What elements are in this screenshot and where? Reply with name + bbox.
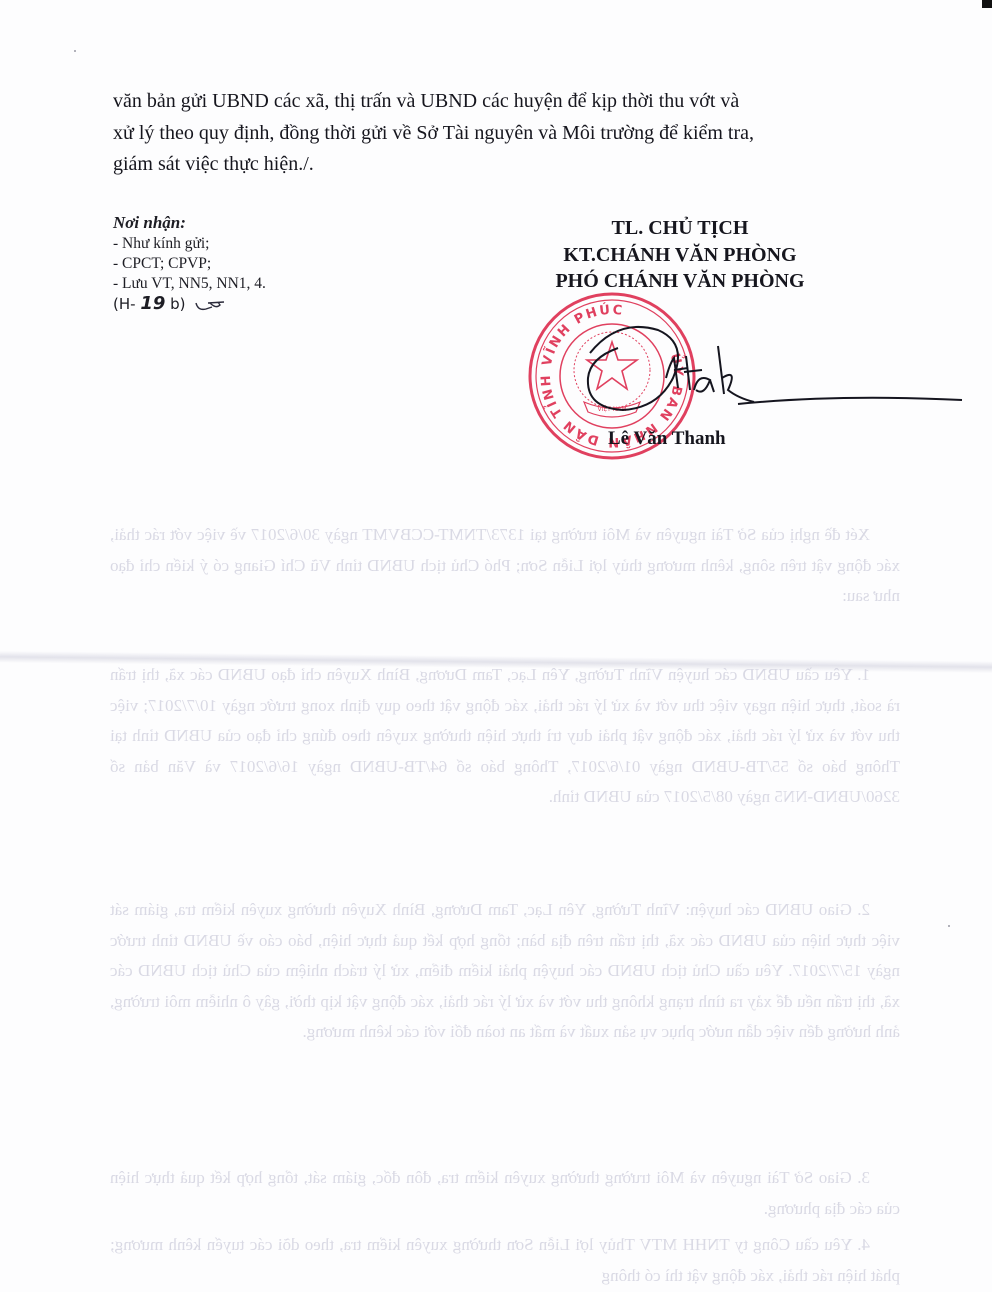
handwritten-note: (H- 19 b) <box>113 294 266 314</box>
signer-name: Lê Văn Thanh <box>608 428 726 450</box>
sign-line-1: TL. CHỦ TỊCH <box>520 215 840 242</box>
recipient-item: - Lưu VT, NN5, NN1, 4. <box>113 274 266 294</box>
body-line: văn bản gửi UBND các xã, thị trấn và UBN… <box>113 86 873 118</box>
initials-scribble-icon <box>194 297 234 313</box>
note-number: 19 <box>140 293 165 314</box>
scan-speck <box>74 50 76 52</box>
signature-title-block: TL. CHỦ TỊCH KT.CHÁNH VĂN PHÒNG PHÓ CHÁN… <box>520 215 840 295</box>
bleed-paragraph: 2. Giao UBND các huyện: Vĩnh Tường, Yên … <box>110 895 900 1048</box>
note-suffix: b) <box>165 295 185 313</box>
recipients-title: Nơi nhận: <box>113 213 266 233</box>
sign-line-2: KT.CHÁNH VĂN PHÒNG <box>520 242 840 269</box>
bleed-paragraph: Xét đề nghị của Sở Tài nguyên và Môi trư… <box>110 520 900 612</box>
body-paragraph: văn bản gửi UBND các xã, thị trấn và UBN… <box>113 86 873 181</box>
scan-speck <box>948 925 950 927</box>
body-line: xử lý theo quy định, đồng thời gửi về Sở… <box>113 118 873 150</box>
paper-fold-line <box>0 651 992 673</box>
bleed-paragraph: 1. Yêu cầu UBND các huyện Vĩnh Tường, Yê… <box>110 660 900 813</box>
scan-corner-mark <box>982 0 992 8</box>
recipient-item: - CPCT; CPVP; <box>113 254 266 274</box>
bleed-paragraph: 3. Giao Sở Tài nguyên và Môi trường thườ… <box>110 1163 900 1224</box>
document-page: Xét đề nghị của Sở Tài nguyên và Môi trư… <box>0 0 992 1292</box>
body-line: giám sát việc thực hiện./. <box>113 149 873 181</box>
handwritten-signature-icon <box>578 318 968 428</box>
recipient-item: - Như kính gửi; <box>113 234 266 254</box>
note-prefix: (H- <box>113 295 140 313</box>
bleed-paragraph: 4. Yêu cầu Công ty TNHH MTV Thủy lợi Liễ… <box>110 1230 900 1291</box>
recipients-block: Nơi nhận: - Như kính gửi; - CPCT; CPVP; … <box>113 213 266 314</box>
